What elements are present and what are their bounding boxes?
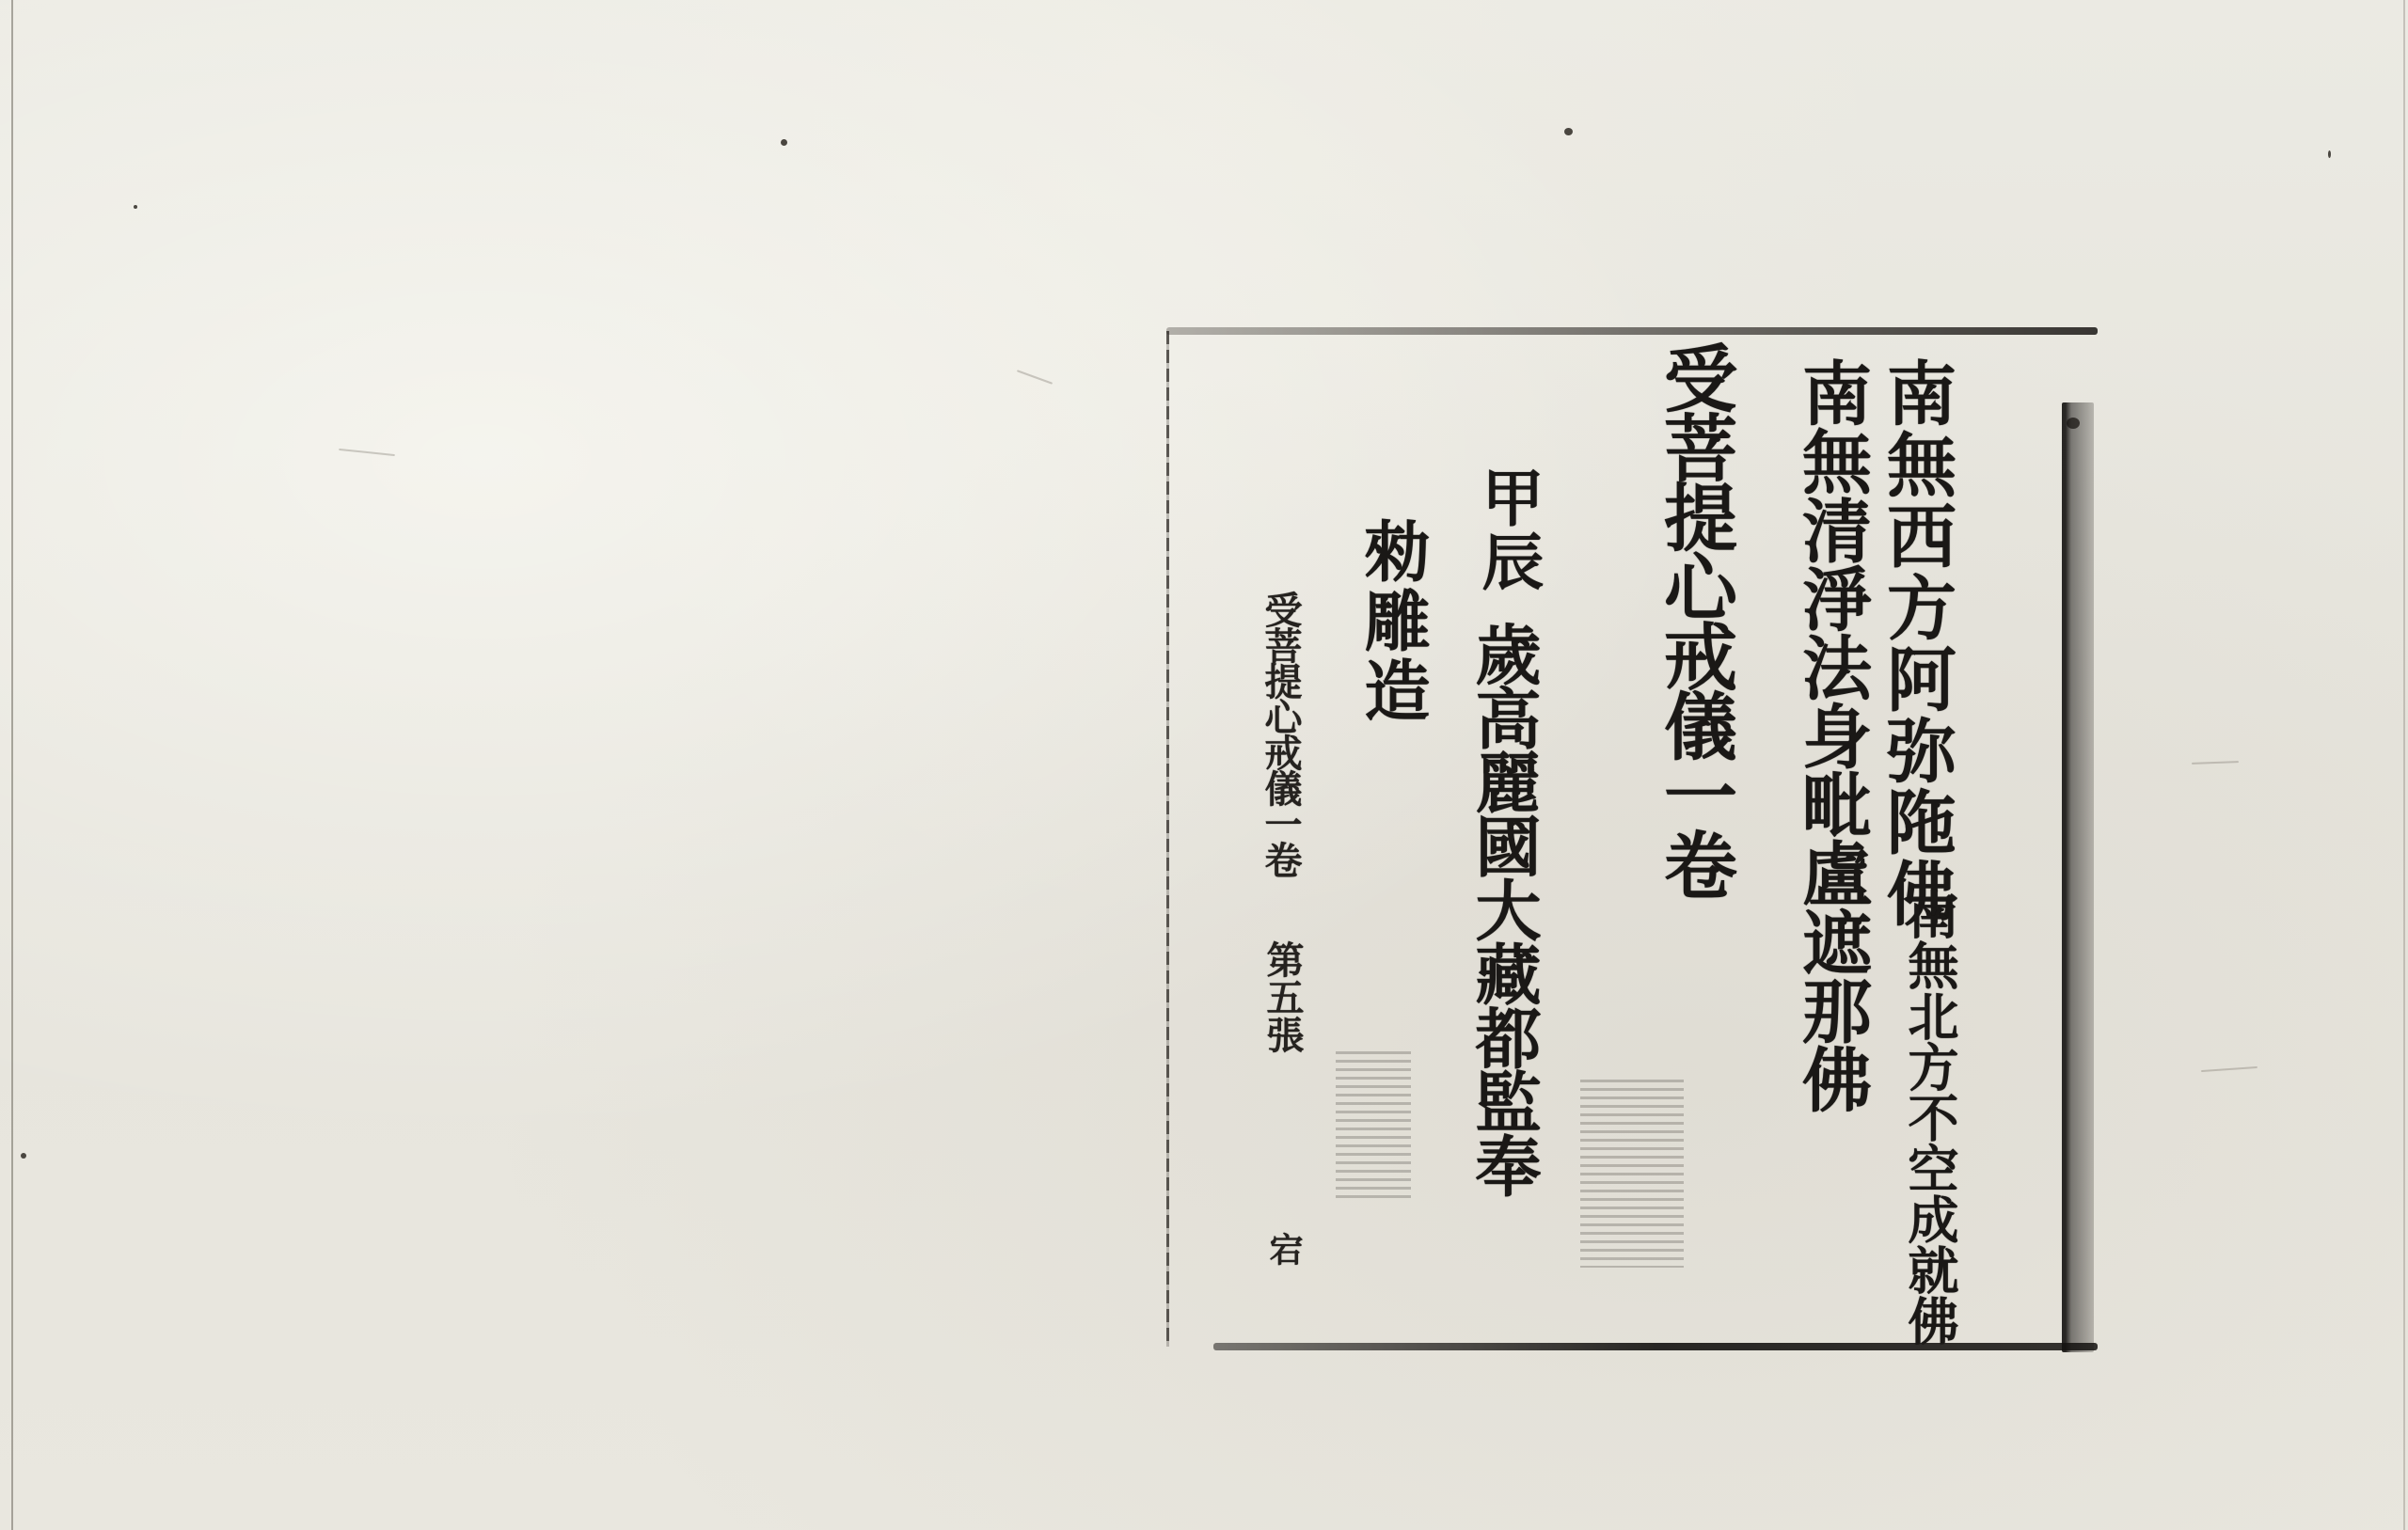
page-edge-right [2403, 0, 2405, 1530]
margin-carver-mark: 宕 [1260, 1232, 1308, 1271]
colophon-end: 勑雕造 [1359, 517, 1425, 726]
paper-fiber [2192, 761, 2239, 765]
frame-border-left [1166, 331, 1169, 1347]
paper-fiber [339, 449, 395, 456]
margin-title: 受菩提心戒儀一卷 [1254, 591, 1307, 876]
frame-border-top [1166, 327, 2098, 335]
text-column-invocation-vairocana: 南無清淨法身毗盧遮那佛 [1797, 357, 1866, 1112]
ghost-impression [1336, 1051, 1411, 1202]
margin-page-number: 第五張 [1256, 940, 1309, 1053]
text-column-invocation-west: 南無西方阿弥陁佛 [1881, 357, 1951, 929]
page-edge-left [11, 0, 13, 1530]
text-column-invocation-north: 南無北方不空成就佛 [1905, 889, 1956, 1346]
frame-border-bottom [1213, 1343, 2098, 1350]
paper-fiber [1017, 370, 1053, 385]
paper-fiber [2201, 1066, 2257, 1072]
sutra-title-column: 受菩提心戒儀一卷 [1641, 340, 1747, 897]
colophon-main: 歲高麗國大藏都監奉 [1470, 621, 1536, 1196]
paper-speck [21, 1153, 26, 1159]
ghost-impression [1580, 1080, 1684, 1268]
frame-border-right [2062, 402, 2094, 1352]
paper-speck [2328, 150, 2331, 158]
colophon-date: 甲辰 [1477, 465, 1539, 593]
paper-speck [1564, 128, 1573, 135]
paper-speck [134, 205, 137, 209]
paper-speck [781, 139, 787, 146]
